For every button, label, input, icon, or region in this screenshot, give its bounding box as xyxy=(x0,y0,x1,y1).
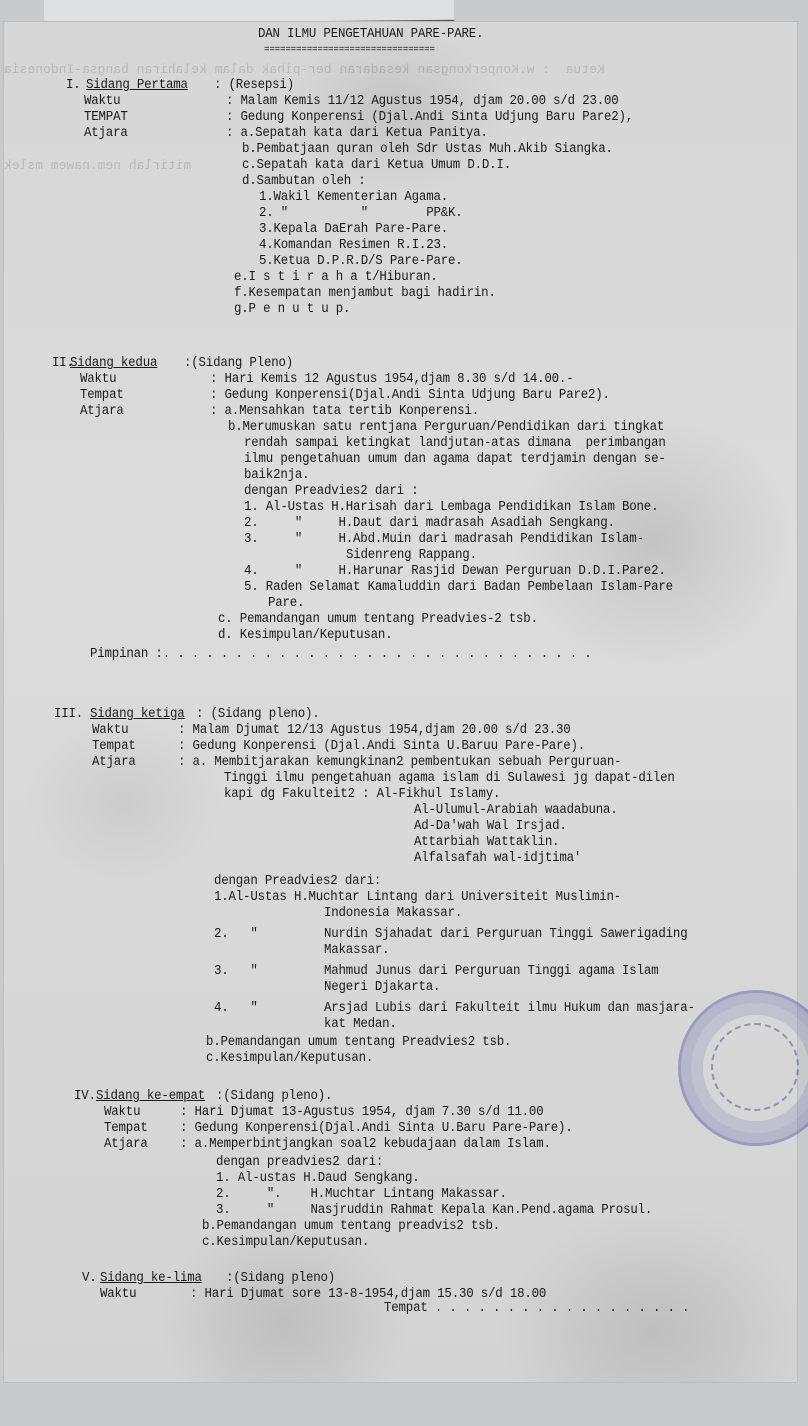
preadvies-number: 3. " xyxy=(214,965,258,979)
agenda-item: : a.Memperbintjangkan soal2 kebudajaan d… xyxy=(180,1138,551,1152)
agenda-subitem: 3.Kepala DaErah Pare-Pare. xyxy=(259,223,448,237)
preadvies-item: 3. " H.Abd.Muin dari madrasah Pendidikan… xyxy=(244,533,644,547)
preadvies-item-cont: kat Medan. xyxy=(324,1018,397,1032)
session-4-title: Sidang ke-empat xyxy=(96,1090,205,1104)
preadvies-item: Mahmud Junus dari Perguruan Tinggi agama… xyxy=(324,965,658,979)
agenda-item: c.Sepatah kata dari Ketua Umum D.D.I. xyxy=(242,159,511,173)
session-1-atjara-label: Atjara xyxy=(84,127,128,141)
agenda-item: b.Merumuskan satu rentjana Perguruan/Pen… xyxy=(228,421,664,435)
session-3-waktu: : Malam Djumat 12/13 Agustus 1954,djam 2… xyxy=(178,724,571,738)
session-1-tempat-label: TEMPAT xyxy=(84,111,128,125)
session-5-waktu-label: Waktu xyxy=(100,1288,136,1302)
session-3-atjara-label: Atjara xyxy=(92,756,136,770)
session-4-tempat-label: Tempat xyxy=(104,1122,148,1136)
preadvies-item-cont: Indonesia Makassar. xyxy=(324,907,462,921)
seal-emblem-icon xyxy=(711,1023,799,1111)
session-2-title: Sidang kedua xyxy=(70,357,157,371)
session-1-title: Sidang Pertama xyxy=(86,79,188,93)
document-heading: DAN ILMU PENGETAHUAN PARE-PARE. xyxy=(258,28,483,42)
agenda-subitem: 4.Komandan Resimen R.I.23. xyxy=(259,239,448,253)
session-1-number: I. xyxy=(66,79,81,93)
session-1-waktu: : Malam Kemis 11/12 Agustus 1954, djam 2… xyxy=(226,95,619,109)
faculty-item: Al-Ulumul-Arabiah waadabuna. xyxy=(414,804,618,818)
session-2-waktu: : Hari Kemis 12 Agustus 1954,djam 8.30 s… xyxy=(210,373,573,387)
preadvies-number: 4. " xyxy=(214,1002,258,1016)
session-1-waktu-label: Waktu xyxy=(84,95,120,109)
agenda-item-cont: Tinggi ilmu pengetahuan agama islam di S… xyxy=(224,772,675,786)
preadvies-item: 1. Al-ustas H.Daud Sengkang. xyxy=(216,1172,420,1186)
agenda-item: c. Pemandangan umum tentang Preadvies-2 … xyxy=(218,613,538,627)
agenda-item: : a.Mensahkan tata tertib Konperensi. xyxy=(210,405,479,419)
preadvies-item: 4. " H.Harunar Rasjid Dewan Perguruan D.… xyxy=(244,565,666,579)
agenda-item: : a.Sepatah kata dari Ketua Panitya. xyxy=(226,127,488,141)
session-5-tempat: Tempat . . . . . . . . . . . . . . . . .… xyxy=(384,1302,689,1316)
session-5-waktu: : Hari Djumat sore 13-8-1954,djam 15.30 … xyxy=(190,1288,546,1302)
session-3-waktu-label: Waktu xyxy=(92,724,128,738)
preadvies-item: 2. " H.Daut dari madrasah Asadiah Sengka… xyxy=(244,517,615,531)
agenda-item: c.Kesimpulan/Keputusan. xyxy=(206,1052,373,1066)
agenda-item: f.Kesempatan menjambut bagi hadirin. xyxy=(234,287,496,301)
bleed-through-text: Ketua : w.Konperkongsan kesadaran ber-pi… xyxy=(4,62,605,77)
heading-rule: ================================ xyxy=(264,44,435,58)
agenda-subitem: 2. " " PP&K. xyxy=(259,207,463,221)
session-4-subtitle: :(Sidang pleno). xyxy=(216,1090,332,1104)
agenda-item: b.Pemandangan umum tentang Preadvies2 ts… xyxy=(206,1036,511,1050)
agenda-item: b.Pemandangan umum tentang preadvis2 tsb… xyxy=(202,1220,500,1234)
session-4-tempat: : Gedung Konperensi(Djal.Andi Sinta U.Ba… xyxy=(180,1122,573,1136)
agenda-item: g.P e n u t u p. xyxy=(234,303,350,317)
preadvies-item-cont: Pare. xyxy=(268,597,304,611)
agenda-item: d.Sambutan oleh : xyxy=(242,175,366,189)
agenda-item: b.Pembatjaan quran oleh Sdr Ustas Muh.Ak… xyxy=(242,143,613,157)
session-5-subtitle: :(Sidang pleno) xyxy=(226,1272,335,1286)
session-3-number: III. xyxy=(54,708,83,722)
session-4-number: IV. xyxy=(74,1090,96,1104)
preadvies-item: Nurdin Sjahadat dari Perguruan Tinggi Sa… xyxy=(324,928,687,942)
preadvies-item: 2. ". H.Muchtar Lintang Makassar. xyxy=(216,1188,507,1202)
faculty-item: Alfalsafah wal-idjtima' xyxy=(414,852,581,866)
preadvies-item: 1. Al-Ustas H.Harisah dari Lembaga Pendi… xyxy=(244,501,658,515)
agenda-item-cont: ilmu pengetahuan umum dan agama dapat te… xyxy=(244,453,666,467)
faculty-item: Ad-Da'wah Wal Irsjad. xyxy=(414,820,567,834)
bleed-through-text: mitirlah nem.nawem mslek xyxy=(4,158,191,173)
agenda-item-cont: baik2nja. xyxy=(244,469,309,483)
agenda-item: e.I s t i r a h a t/Hiburan. xyxy=(234,271,438,285)
session-1-subtitle: : (Resepsi) xyxy=(214,79,294,93)
agenda-item: d. Kesimpulan/Keputusan. xyxy=(218,629,392,643)
session-4-atjara-label: Atjara xyxy=(104,1138,148,1152)
session-5-title: Sidang ke-lima xyxy=(100,1272,202,1286)
session-2-waktu-label: Waktu xyxy=(80,373,116,387)
agenda-item: dengan Preadvies2 dari: xyxy=(214,875,381,889)
session-5-number: V. xyxy=(82,1272,97,1286)
agenda-item: : a. Membitjarakan kemungkinan2 pembentu… xyxy=(178,756,621,770)
session-2-atjara-label: Atjara xyxy=(80,405,124,419)
session-2-pimpinan: Pimpinan :. . . . . . . . . . . . . . . … xyxy=(90,648,592,662)
session-2-subtitle: :(Sidang Pleno) xyxy=(184,357,293,371)
faculty-item: Attarbiah Wattaklin. xyxy=(414,836,559,850)
preadvies-number: 2. " xyxy=(214,928,258,942)
preadvies-item: 3. " Nasjruddin Rahmat Kepala Kan.Pend.a… xyxy=(216,1204,652,1218)
agenda-item: c.Kesimpulan/Keputusan. xyxy=(202,1236,369,1250)
session-3-tempat-label: Tempat xyxy=(92,740,136,754)
session-2-tempat-label: Tempat xyxy=(80,389,124,403)
session-3-tempat: : Gedung Konperensi (Djal.Andi Sinta U.B… xyxy=(178,740,585,754)
agenda-item-cont: kapi dg Fakulteit2 : Al-Fikhul Islamy. xyxy=(224,788,500,802)
preadvies-item: Arsjad Lubis dari Fakulteit ilmu Hukum d… xyxy=(324,1002,695,1016)
preadvies-item: 1.Al-Ustas H.Muchtar Lintang dari Univer… xyxy=(214,891,621,905)
document-page: Ketua : w.Konperkongsan kesadaran ber-pi… xyxy=(4,22,797,1382)
session-3-subtitle: : (Sidang pleno). xyxy=(196,708,320,722)
agenda-subitem: 1.Wakil Kementerian Agama. xyxy=(259,191,448,205)
agenda-item-cont: dengan Preadvies2 dari : xyxy=(244,485,418,499)
agenda-item: dengan preadvies2 dari: xyxy=(216,1156,383,1170)
preadvies-item-cont: Negeri Djakarta. xyxy=(324,981,440,995)
session-4-waktu-label: Waktu xyxy=(104,1106,140,1120)
session-4-waktu: : Hari Djumat 13-Agustus 1954, djam 7.30… xyxy=(180,1106,543,1120)
preadvies-item: 5. Raden Selamat Kamaluddin dari Badan P… xyxy=(244,581,673,595)
session-3-title: Sidang ketiga xyxy=(90,708,185,722)
preadvies-item-cont: Sidenreng Rappang. xyxy=(346,549,477,563)
agenda-item-cont: rendah sampai ketingkat landjutan-atas d… xyxy=(244,437,666,451)
preadvies-item-cont: Makassar. xyxy=(324,944,389,958)
agenda-subitem: 5.Ketua D.P.R.D/S Pare-Pare. xyxy=(259,255,463,269)
session-1-tempat: : Gedung Konperensi (Djal.Andi Sinta Udj… xyxy=(226,111,633,125)
session-2-tempat: : Gedung Konperensi(Djal.Andi Sinta Udju… xyxy=(210,389,610,403)
